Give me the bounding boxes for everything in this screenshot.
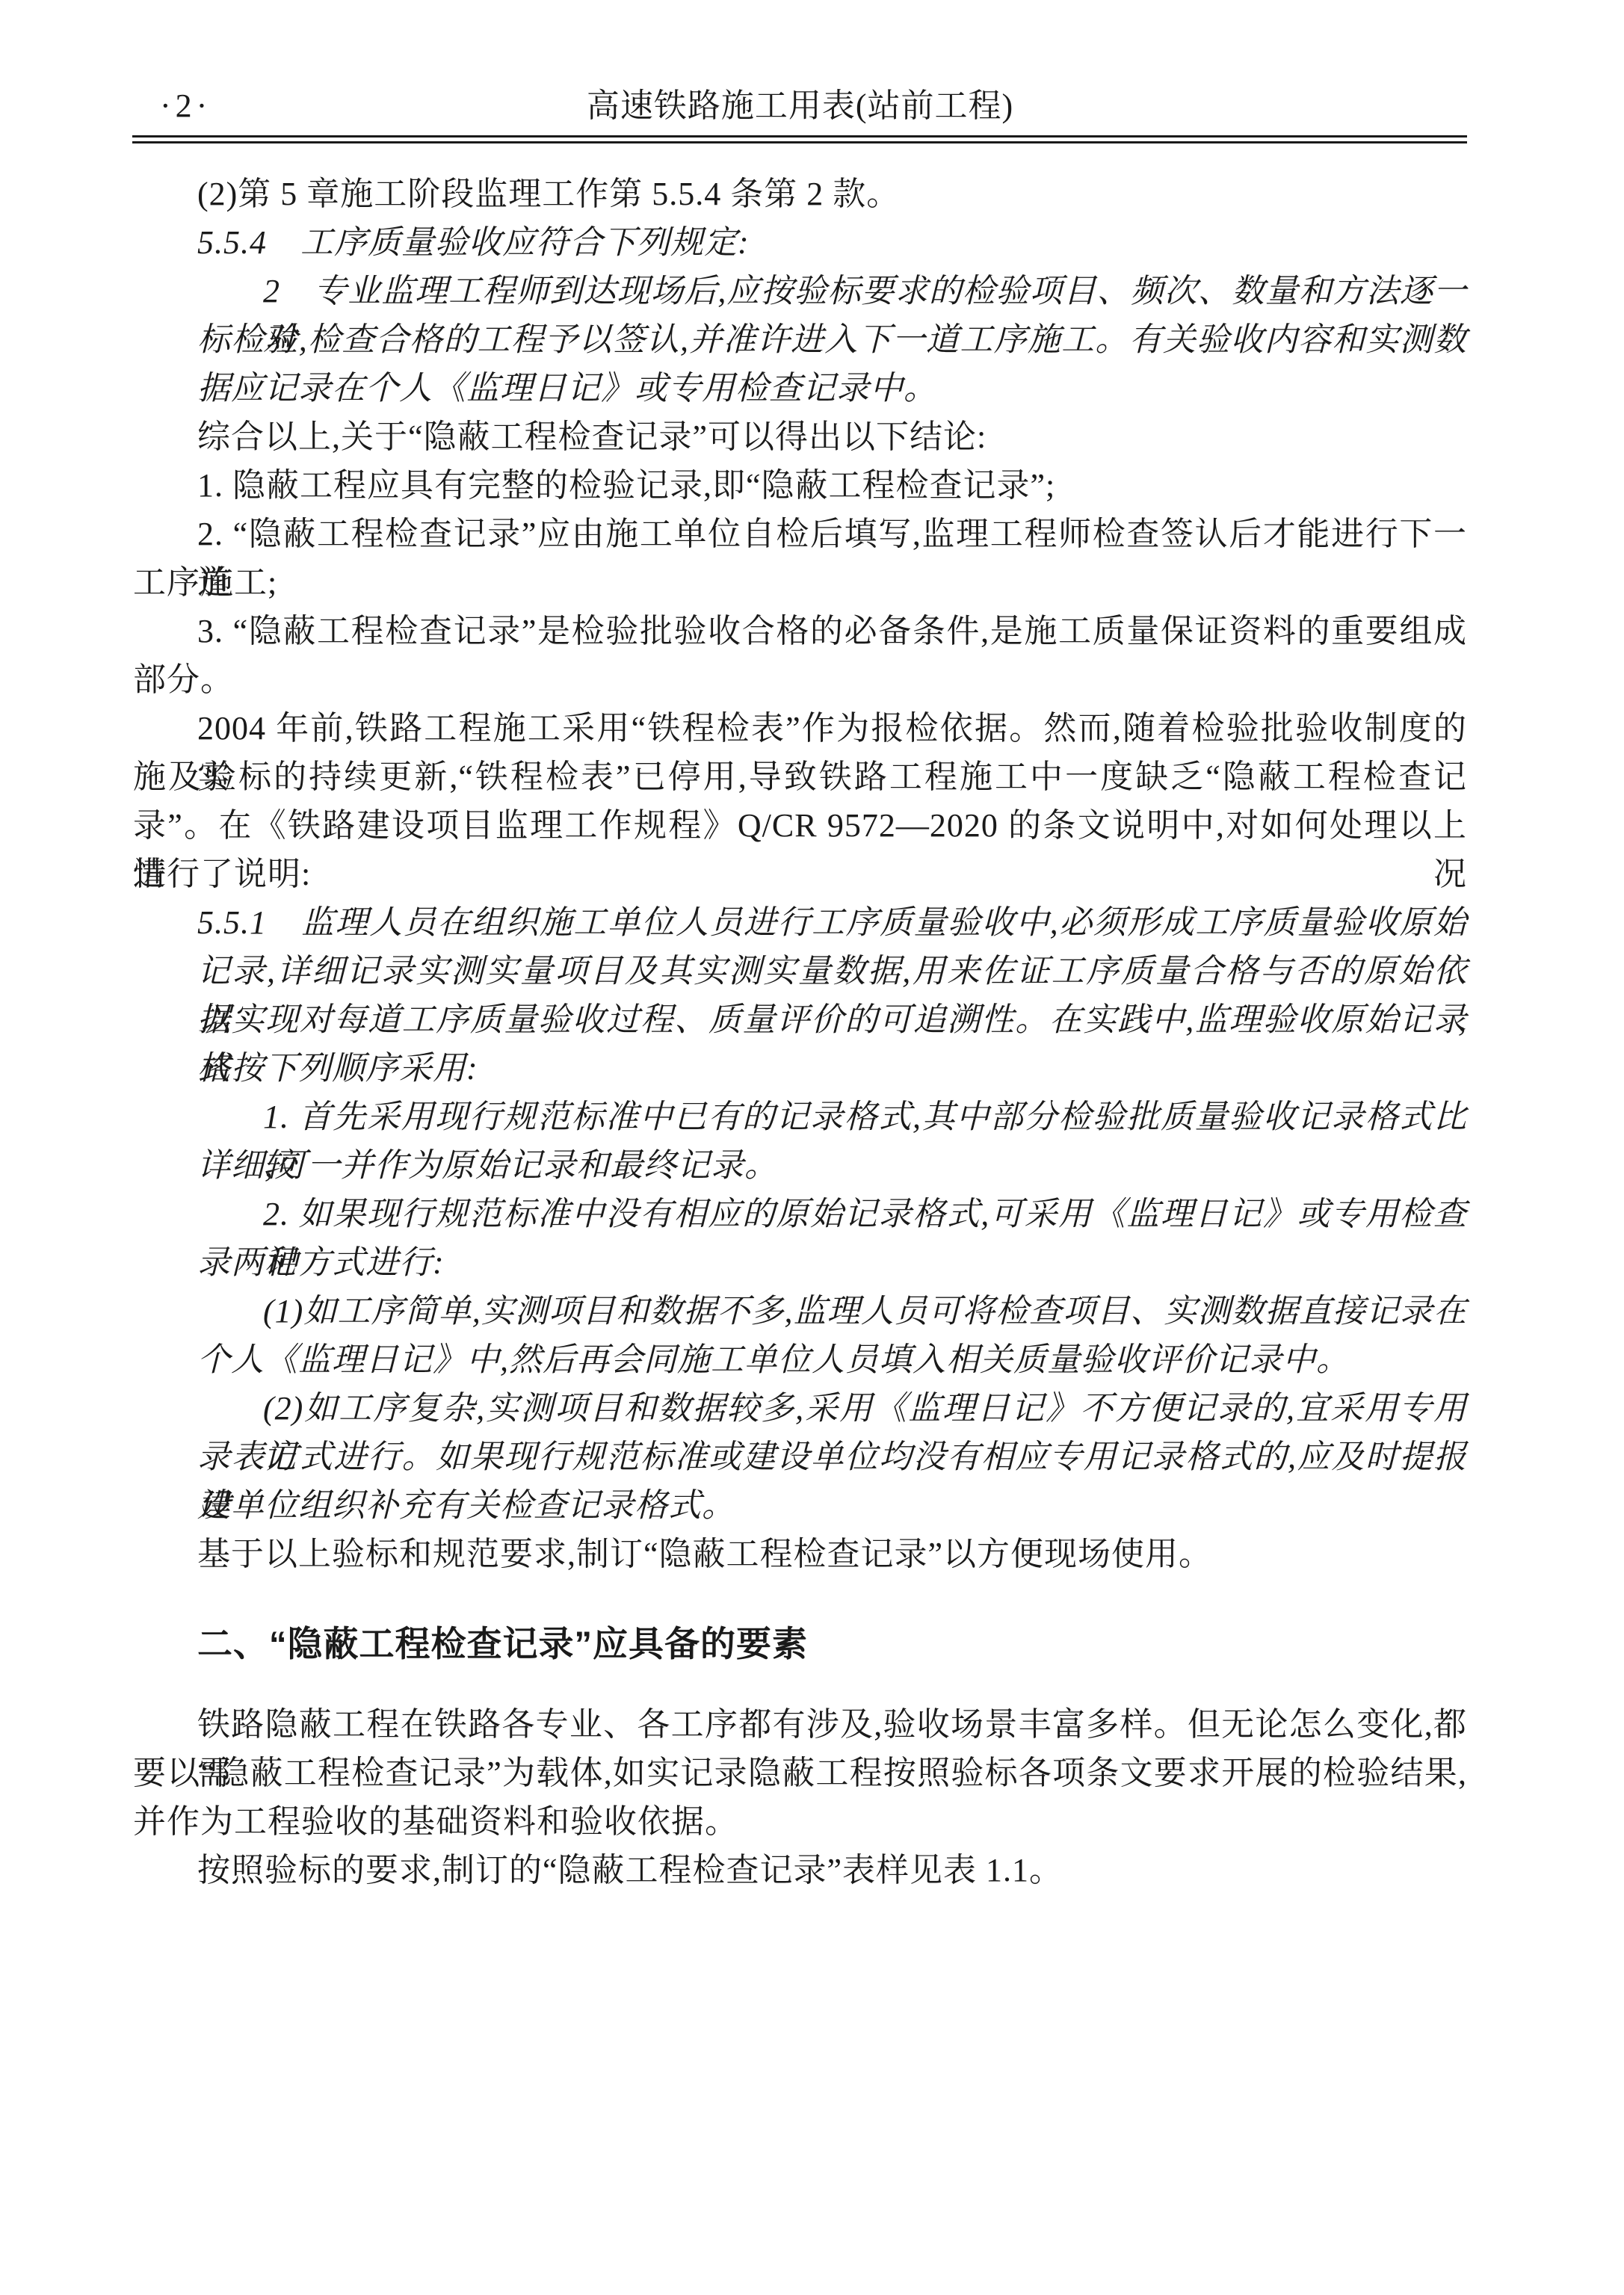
- text-line: 2. “隐蔽工程检查记录”应由施工单位自检后填写,监理工程师检查签认后才能进行下…: [133, 510, 1467, 558]
- section-heading: 二、“隐蔽工程检查记录”应具备的要素: [133, 1618, 1467, 1670]
- text-line: (2)如工序复杂,实测项目和数据较多,采用《监理日记》不方便记录的,宜采用专用记: [133, 1384, 1467, 1433]
- text-line: 5.5.4 工序质量验收应符合下列规定:: [133, 218, 1467, 267]
- text-line: 3. “隐蔽工程检查记录”是检验批验收合格的必备条件,是施工质量保证资料的重要组…: [133, 607, 1467, 655]
- text-line: 要以“隐蔽工程检查记录”为载体,如实记录隐蔽工程按照验标各项条文要求开展的检验结…: [133, 1749, 1467, 1797]
- header-double-rule: [132, 135, 1467, 143]
- text-line: 录两种方式进行:: [133, 1238, 1467, 1287]
- text-line: 并作为工程验收的基础资料和验收依据。: [133, 1797, 1467, 1846]
- text-line: 5.5.1 监理人员在组织施工单位人员进行工序质量验收中,必须形成工序质量验收原…: [133, 898, 1467, 947]
- text-line: 2. 如果现行规范标准中没有相应的原始记录格式,可采用《监理日记》或专用检查记: [133, 1190, 1467, 1238]
- text-line: (1)如工序简单,实测项目和数据不多,监理人员可将检查项目、实测数据直接记录在: [133, 1287, 1467, 1335]
- running-title: 高速铁路施工用表(站前工程): [133, 88, 1467, 124]
- text-line: 铁路隐蔽工程在铁路各专业、各工序都有涉及,验收场景丰富多样。但无论怎么变化,都需: [133, 1700, 1467, 1749]
- text-line: 基于以上验标和规范要求,制订“隐蔽工程检查记录”以方便现场使用。: [133, 1530, 1467, 1578]
- text-line: 详细,可一并作为原始记录和最终记录。: [133, 1141, 1467, 1190]
- book-page: ·2· 高速铁路施工用表(站前工程) (2)第 5 章施工阶段监理工作第 5.5…: [0, 0, 1624, 2295]
- text-line: 2004 年前,铁路工程施工采用“铁程检表”作为报检依据。然而,随着检验批验收制…: [133, 704, 1467, 753]
- text-line: 录表方式进行。如果现行规范标准或建设单位均没有相应专用记录格式的,应及时提报建: [133, 1433, 1467, 1481]
- body-text: (2)第 5 章施工阶段监理工作第 5.5.4 条第 2 款。 5.5.4 工序…: [133, 170, 1467, 1894]
- text-line: 录”。在《铁路建设项目监理工作规程》Q/CR 9572—2020 的条文说明中,…: [133, 801, 1467, 850]
- text-line: 部分。: [133, 655, 1467, 704]
- text-line: 标检验,检查合格的工程予以签认,并准许进入下一道工序施工。有关验收内容和实测数: [133, 315, 1467, 364]
- text-line: (2)第 5 章施工阶段监理工作第 5.5.4 条第 2 款。: [133, 170, 1467, 218]
- text-line: 以实现对每道工序质量验收过程、质量评价的可追溯性。在实践中,监理验收原始记录格: [133, 995, 1467, 1044]
- text-line: 据应记录在个人《监理日记》或专用检查记录中。: [133, 364, 1467, 413]
- text-line: 式按下列顺序采用:: [133, 1044, 1467, 1093]
- text-line: 施及验标的持续更新,“铁程检表”已停用,导致铁路工程施工中一度缺乏“隐蔽工程检查…: [133, 753, 1467, 801]
- text-line: 1. 首先采用现行规范标准中已有的记录格式,其中部分检验批质量验收记录格式比较: [133, 1093, 1467, 1141]
- text-line: 1. 隐蔽工程应具有完整的检验记录,即“隐蔽工程检查记录”;: [133, 461, 1467, 510]
- text-line: 综合以上,关于“隐蔽工程检查记录”可以得出以下结论:: [133, 413, 1467, 461]
- text-line: 记录,详细记录实测实量项目及其实测实量数据,用来佐证工序质量合格与否的原始依据,: [133, 947, 1467, 995]
- text-line: 按照验标的要求,制订的“隐蔽工程检查记录”表样见表 1.1。: [133, 1846, 1467, 1894]
- text-line: 2 专业监理工程师到达现场后,应按验标要求的检验项目、频次、数量和方法逐一对: [133, 267, 1467, 315]
- text-line: 个人《监理日记》中,然后再会同施工单位人员填入相关质量验收评价记录中。: [133, 1335, 1467, 1384]
- text-line: 工序施工;: [133, 558, 1467, 607]
- text-line: 设单位组织补充有关检查记录格式。: [133, 1481, 1467, 1530]
